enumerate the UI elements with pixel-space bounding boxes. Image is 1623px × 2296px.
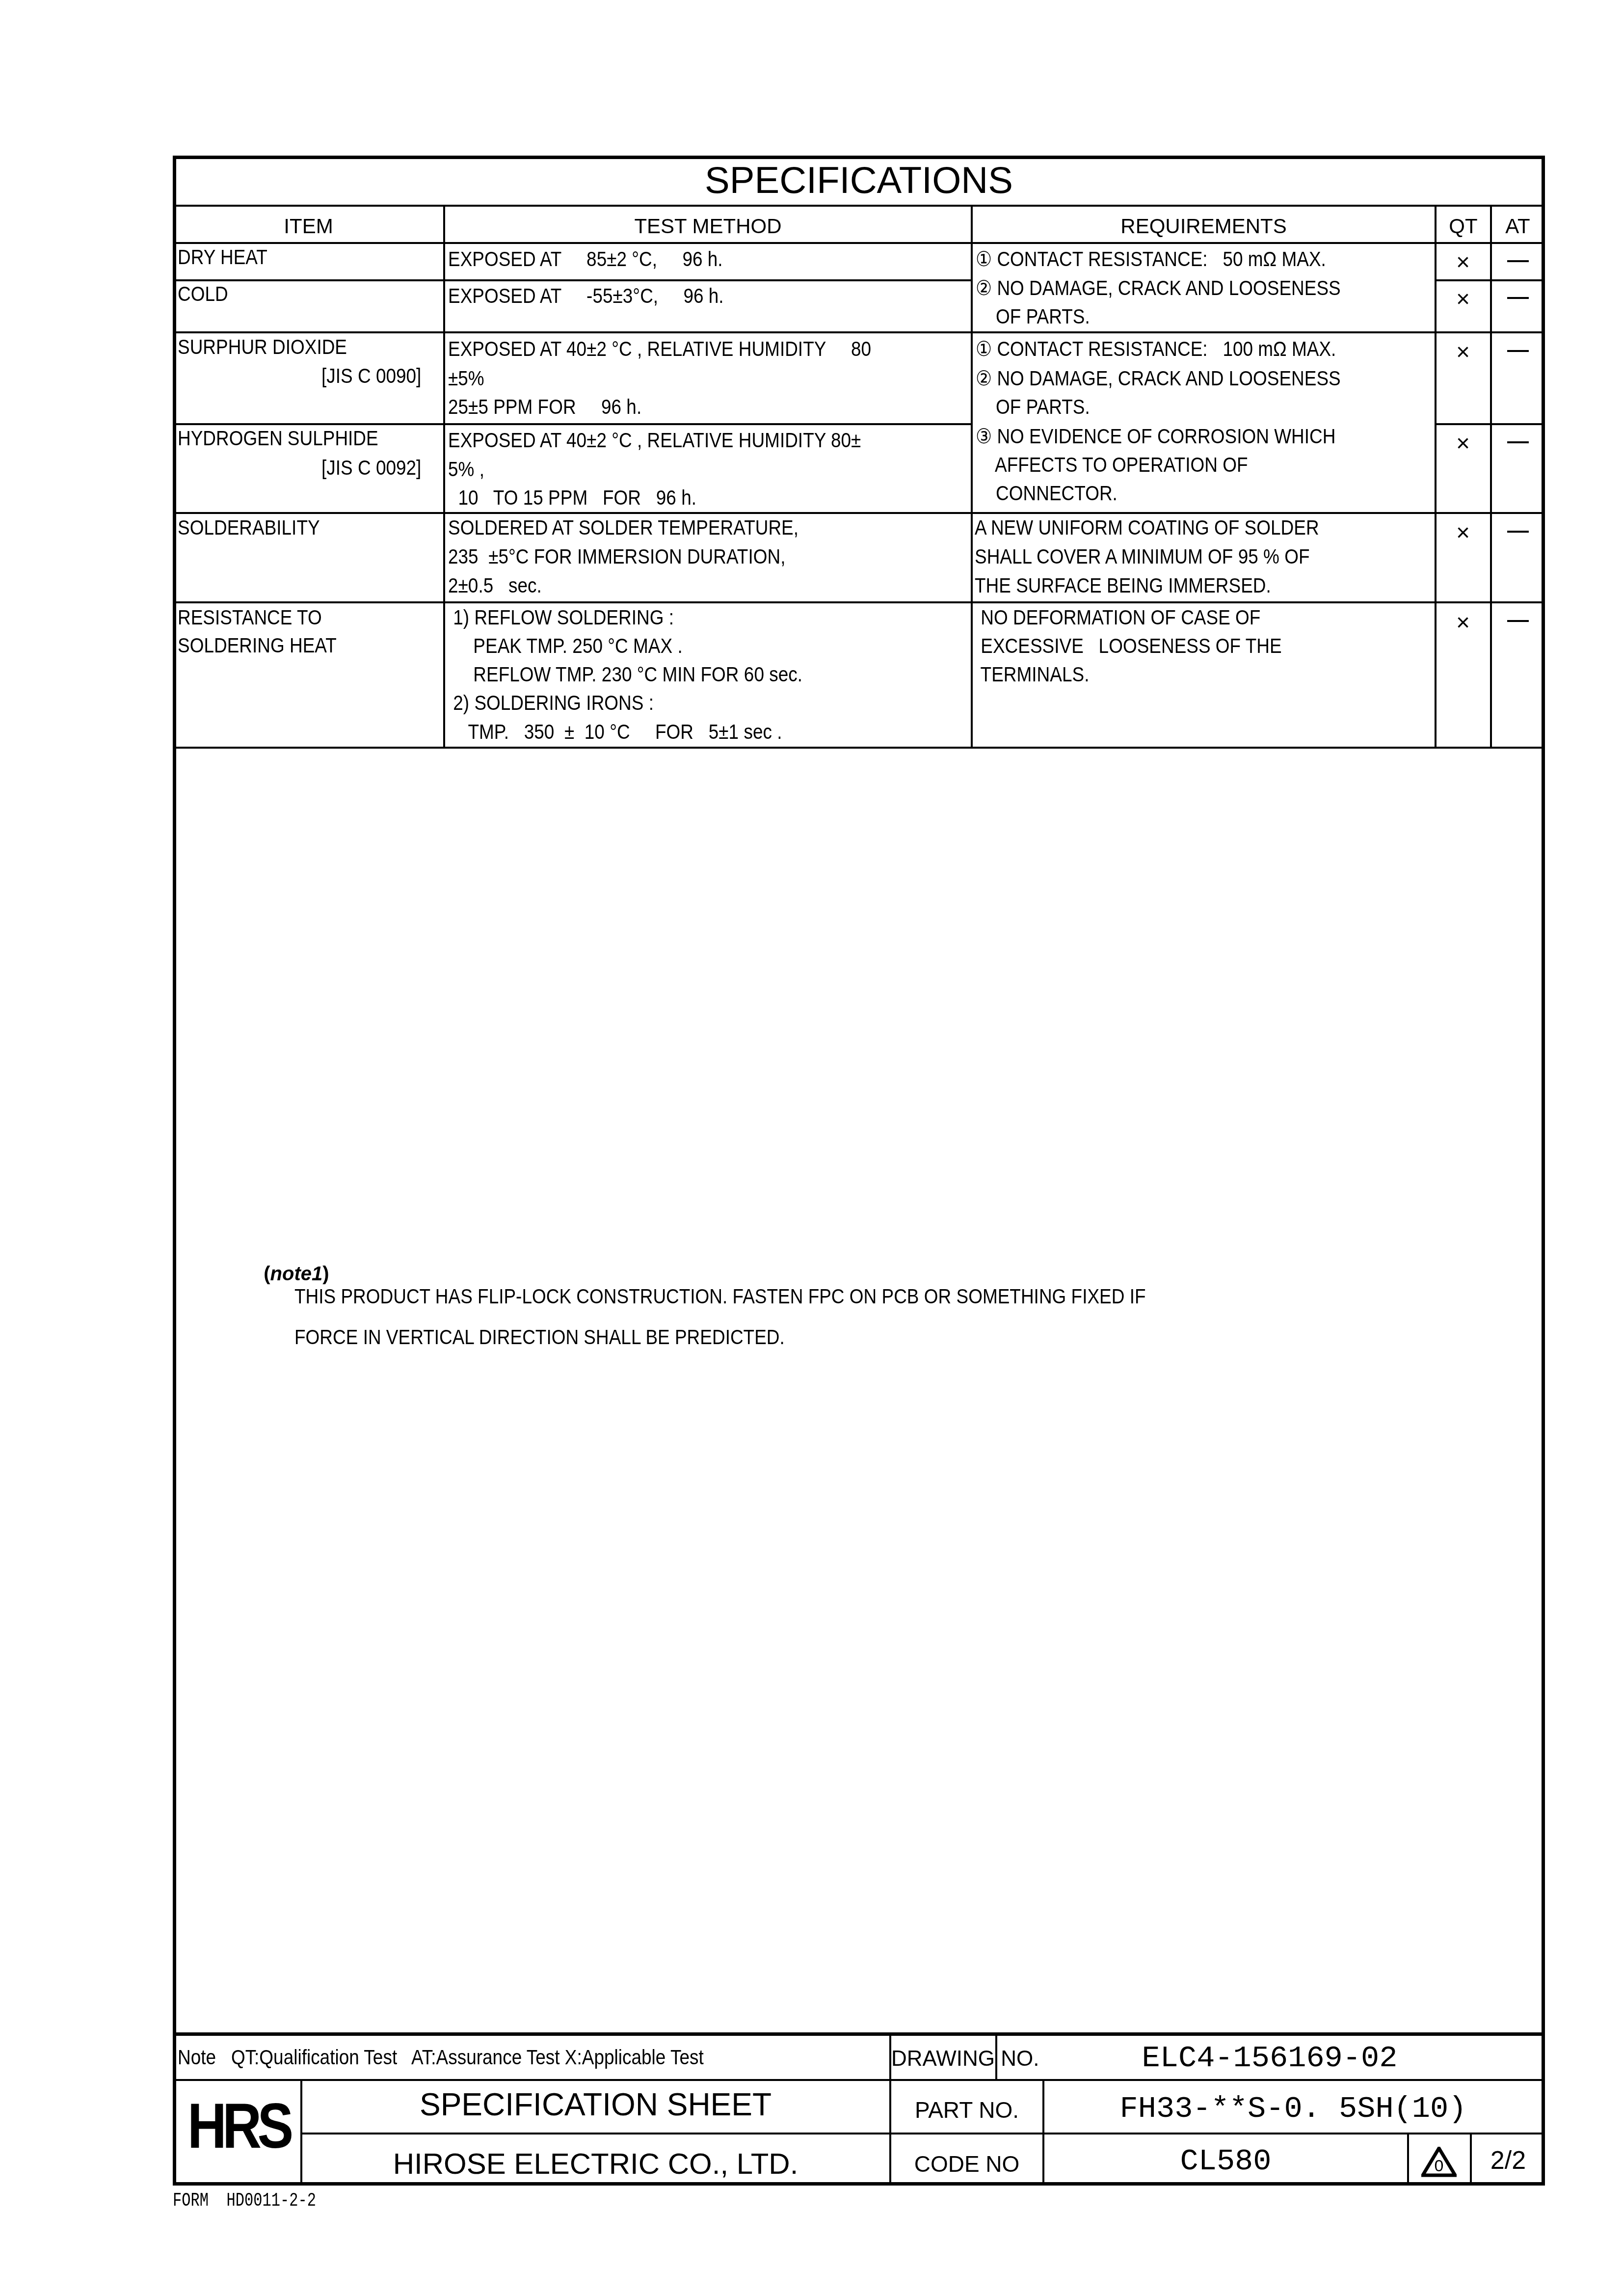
- requirement-line: OF PARTS.: [976, 306, 1090, 327]
- at-not-applicable-mark: [1507, 441, 1529, 443]
- hrs-logo: HRS: [187, 2089, 290, 2162]
- test-method: REFLOW TMP. 230 °C MIN FOR 60 sec.: [448, 664, 802, 685]
- test-method: 10 TO 15 PPM FOR 96 h.: [448, 487, 696, 508]
- test-method: EXPOSED AT 85±2 °C, 96 h.: [448, 249, 723, 270]
- test-method: EXPOSED AT -55±3°C, 96 h.: [448, 286, 724, 306]
- item-name: SOLDERABILITY: [178, 517, 320, 538]
- qt-applicable-mark: ×: [1438, 339, 1488, 366]
- item-name: DRY HEAT: [178, 247, 267, 268]
- test-method: EXPOSED AT 40±2 °C , RELATIVE HUMIDITY 8…: [448, 430, 861, 451]
- column-header-qt: QT: [1436, 216, 1491, 237]
- column-divider: [1490, 206, 1492, 749]
- qt-applicable-mark: ×: [1438, 286, 1488, 313]
- form-number: FORM HD0011-2-2: [173, 2192, 316, 2211]
- part-no-label: PART NO.: [891, 2099, 1042, 2121]
- requirement-line: ③ NO EVIDENCE OF CORROSION WHICH: [976, 426, 1335, 447]
- item-name: SURPHUR DIOXIDE: [178, 337, 347, 357]
- requirement-line: A NEW UNIFORM COATING OF SOLDER: [975, 517, 1319, 538]
- row-divider: [173, 423, 972, 425]
- row-divider: [1435, 279, 1545, 281]
- row-divider: [173, 747, 1545, 749]
- qt-applicable-mark: ×: [1438, 609, 1488, 636]
- row-divider: [173, 601, 1545, 603]
- item-standard: [JIS C 0090]: [321, 366, 421, 386]
- divider: [173, 205, 1545, 207]
- divider: [302, 2133, 1545, 2134]
- requirement-line: ① CONTACT RESISTANCE: 100 mΩ MAX.: [976, 339, 1336, 359]
- test-method: 1) REFLOW SOLDERING :: [448, 607, 674, 628]
- column-header-requirements: REQUIREMENTS: [972, 216, 1436, 237]
- at-not-applicable-mark: [1507, 260, 1529, 262]
- column-header-test-method: TEST METHOD: [444, 216, 972, 237]
- requirement-line: ② NO DAMAGE, CRACK AND LOOSENESS: [976, 368, 1341, 389]
- row-divider: [173, 279, 972, 281]
- divider: [173, 242, 1545, 244]
- test-method: 25±5 PPM FOR 96 h.: [448, 397, 641, 417]
- qt-applicable-mark: ×: [1438, 249, 1488, 276]
- item-name: SOLDERING HEAT: [178, 635, 337, 656]
- part-no: FH33-**S-0. 5SH(10): [1044, 2094, 1542, 2124]
- column-divider: [971, 206, 973, 749]
- drawing-no-label: DRAWING NO.: [891, 2048, 995, 2070]
- code-no: CL580: [1044, 2146, 1407, 2177]
- code-no-label: CODE NO: [891, 2153, 1042, 2175]
- page-title: SPECIFICATIONS: [176, 162, 1542, 199]
- requirement-line: SHALL COVER A MINIMUM OF 95 % OF: [975, 546, 1310, 567]
- item-name: COLD: [178, 284, 228, 304]
- revision-number: 0: [1421, 2158, 1457, 2174]
- requirement-line: OF PARTS.: [976, 397, 1090, 417]
- at-not-applicable-mark: [1507, 297, 1529, 299]
- at-not-applicable-mark: [1507, 620, 1529, 622]
- item-standard: [JIS C 0092]: [321, 458, 421, 478]
- item-name: RESISTANCE TO: [178, 607, 322, 628]
- row-divider: [173, 512, 1545, 514]
- revision-triangle-icon: 0: [1421, 2147, 1457, 2177]
- at-not-applicable-mark: [1507, 350, 1529, 352]
- requirement-line: NO DEFORMATION OF CASE OF: [976, 607, 1260, 628]
- test-method: 235 ±5°C FOR IMMERSION DURATION,: [448, 546, 785, 567]
- at-not-applicable-mark: [1507, 531, 1529, 533]
- test-method: 5% ,: [448, 459, 484, 480]
- note-label: note1: [270, 1263, 323, 1285]
- qt-applicable-mark: ×: [1438, 519, 1488, 546]
- test-method: SOLDERED AT SOLDER TEMPERATURE,: [448, 517, 798, 538]
- sheet-title: SPECIFICATION SHEET: [302, 2089, 889, 2120]
- requirement-line: CONNECTOR.: [976, 483, 1117, 504]
- requirement-line: TERMINALS.: [976, 664, 1089, 685]
- row-divider: [1435, 423, 1545, 425]
- test-method: PEAK TMP. 250 °C MAX .: [448, 636, 683, 656]
- divider: [1407, 2134, 1409, 2184]
- row-divider: [173, 331, 1545, 333]
- page-number: 2/2: [1472, 2148, 1544, 2173]
- requirement-line: ② NO DAMAGE, CRACK AND LOOSENESS: [976, 278, 1341, 298]
- column-header-at: AT: [1491, 216, 1544, 237]
- column-divider: [1435, 206, 1437, 749]
- note-line: THIS PRODUCT HAS FLIP-LOCK CONSTRUCTION.…: [294, 1286, 1146, 1307]
- column-header-item: ITEM: [173, 216, 444, 237]
- test-method: ±5%: [448, 368, 484, 389]
- company-name: HIROSE ELECTRIC CO., LTD.: [302, 2149, 889, 2179]
- requirement-line: THE SURFACE BEING IMMERSED.: [975, 575, 1271, 596]
- divider: [173, 2079, 1545, 2081]
- legend-text: Note QT:Qualification Test AT:Assurance …: [178, 2047, 704, 2068]
- item-name: HYDROGEN SULPHIDE: [178, 428, 378, 449]
- note-heading: (note1): [253, 1244, 329, 1284]
- column-divider: [443, 206, 445, 749]
- qt-applicable-mark: ×: [1438, 430, 1488, 457]
- note-paren: ): [322, 1263, 329, 1285]
- note-line: FORCE IN VERTICAL DIRECTION SHALL BE PRE…: [294, 1327, 785, 1348]
- test-method: 2±0.5 sec.: [448, 575, 542, 596]
- test-method: EXPOSED AT 40±2 °C , RELATIVE HUMIDITY 8…: [448, 339, 871, 359]
- drawing-no: ELC4-156169-02: [997, 2043, 1542, 2074]
- requirement-line: ① CONTACT RESISTANCE: 50 mΩ MAX.: [976, 249, 1326, 270]
- note-paren: (: [264, 1263, 270, 1285]
- requirement-line: EXCESSIVE LOOSENESS OF THE: [976, 636, 1282, 656]
- test-method: TMP. 350 ± 10 °C FOR 5±1 sec .: [448, 722, 782, 742]
- test-method: 2) SOLDERING IRONS :: [448, 693, 654, 713]
- requirement-line: AFFECTS TO OPERATION OF: [976, 455, 1248, 475]
